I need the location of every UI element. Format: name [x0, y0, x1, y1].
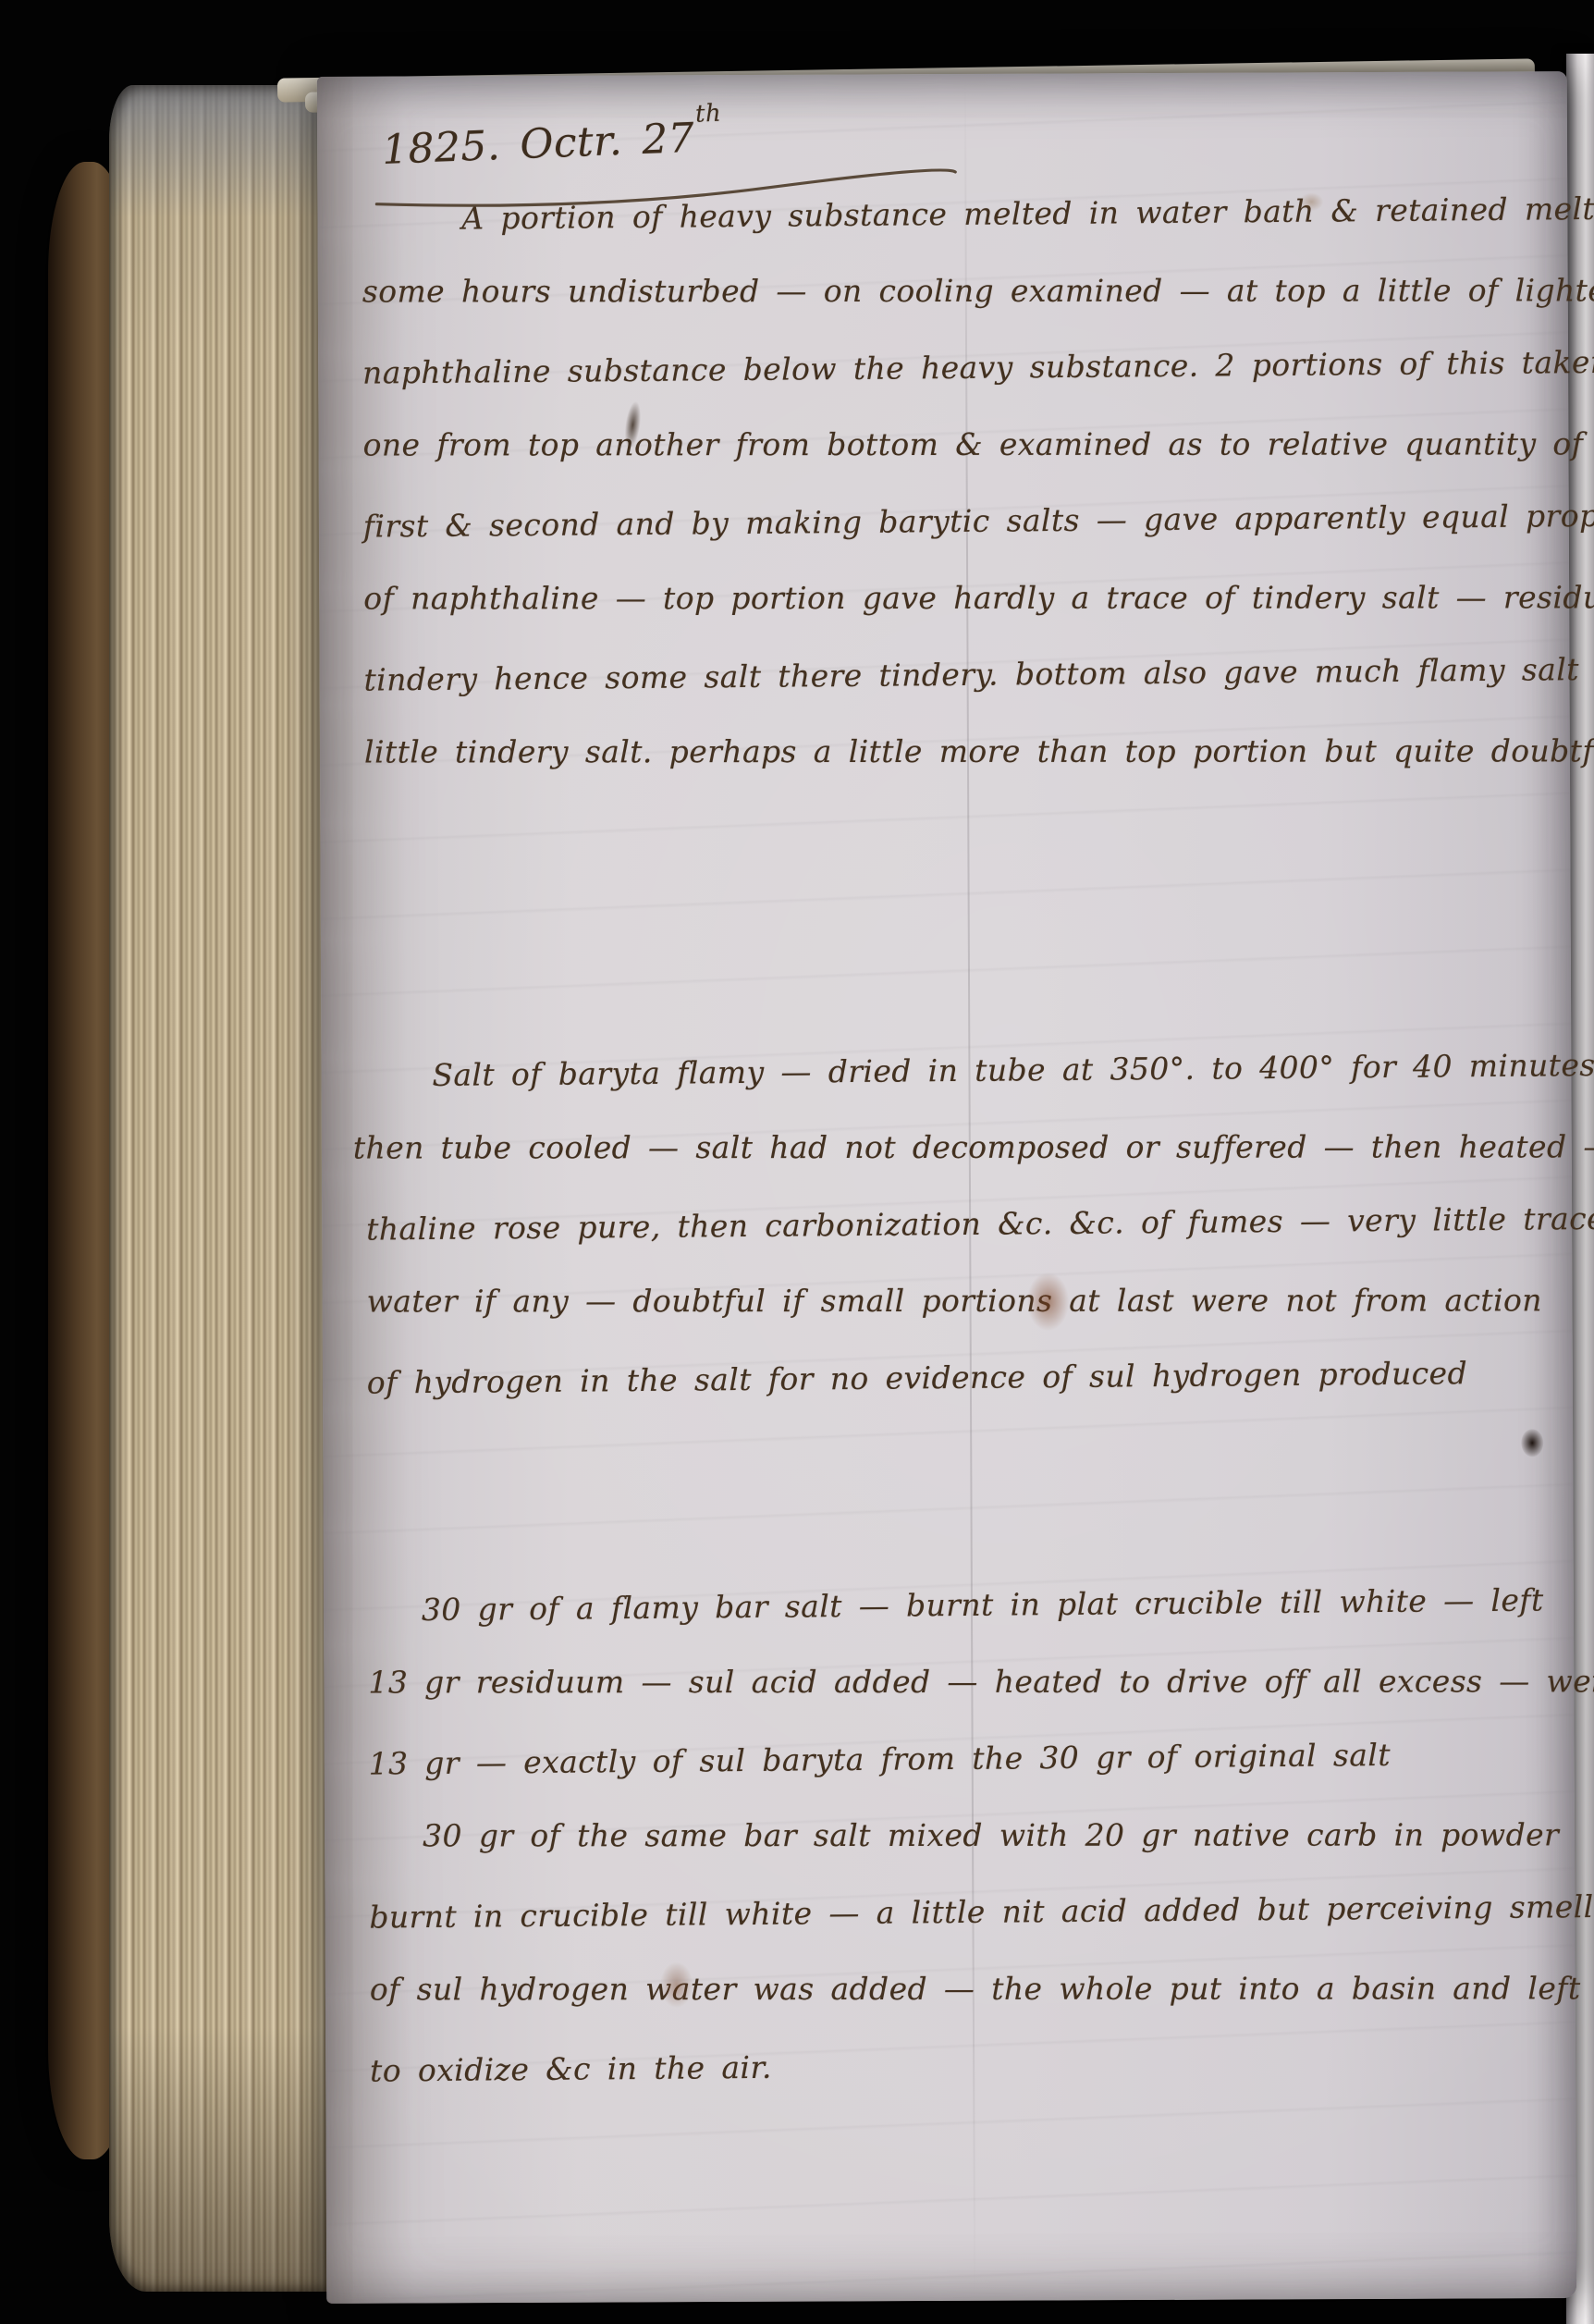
manuscript-paragraph-1: A portion of heavy substance melted in w… — [362, 193, 1566, 813]
manuscript-line: of sul hydrogen water was added — the wh… — [370, 1970, 1572, 2047]
date-heading: 1825. Octr. 27th — [381, 114, 721, 174]
manuscript-line: tindery hence some salt there tindery. b… — [363, 651, 1566, 738]
date-superscript: th — [694, 100, 721, 129]
manuscript-line: water if any — doubtful if small portion… — [367, 1282, 1569, 1359]
manuscript-line: 13 gr residuum — sul acid added — heated… — [368, 1663, 1570, 1740]
manuscript-line: thaline rose pure, then carbonization &c… — [366, 1200, 1569, 1287]
date-text: 1825. Octr. 27 — [381, 115, 695, 174]
manuscript-line: Salt of baryta flamy — dried in tube at … — [365, 1047, 1568, 1134]
manuscript-line: to oxidize &c in the air. — [370, 2042, 1573, 2129]
manuscript-paragraph-3: 30 gr of a flamy bar salt — burnt in pla… — [368, 1584, 1573, 2127]
manuscript-line: A portion of heavy substance melted in w… — [362, 191, 1564, 277]
manuscript-line: 30 gr of a flamy bar salt — burnt in pla… — [368, 1581, 1571, 1668]
manuscript-line: naphthaline substance below the heavy su… — [362, 344, 1565, 431]
manuscript-page: 1825. Octr. 27th A portion of heavy subs… — [317, 71, 1576, 2304]
manuscript-line: 13 gr — exactly of sul baryta from the 3… — [368, 1735, 1571, 1822]
manuscript-line: then tube cooled — salt had not decompos… — [353, 1128, 1568, 1206]
manuscript-line: burnt in crucible till white — a little … — [369, 1888, 1572, 1975]
manuscript-paragraph-2: Salt of baryta flamy — dried in tube at … — [365, 1050, 1569, 1439]
manuscript-line: some hours undisturbed — on cooling exam… — [362, 272, 1564, 350]
manuscript-line: 30 gr of the same bar salt mixed with 20… — [369, 1816, 1571, 1894]
manuscript-line: of hydrogen in the salt for no evidence … — [367, 1354, 1570, 1441]
manuscript-line: of naphthaline — top portion gave hardly… — [363, 579, 1565, 657]
manuscript-line: first & second and by making barytic sal… — [363, 498, 1566, 584]
manuscript-line: little tindery salt. perhaps a little mo… — [364, 732, 1566, 810]
manuscript-line: one from top another from bottom & exami… — [363, 425, 1565, 503]
photo-background: 1825. Octr. 27th A portion of heavy subs… — [0, 0, 1594, 2324]
